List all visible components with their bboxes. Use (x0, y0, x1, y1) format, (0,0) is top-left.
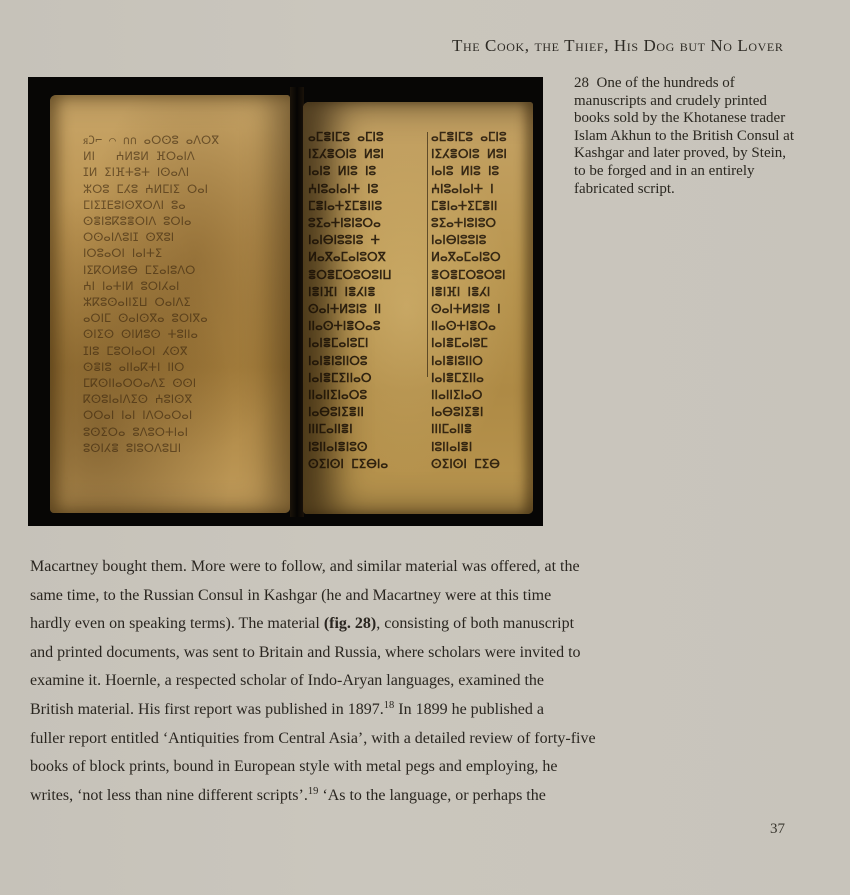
footnote-19: 19 (308, 786, 319, 797)
body-line: books of block prints, bound in European… (30, 753, 543, 782)
body-line: fuller report entitled ‘Antiquities from… (30, 725, 543, 754)
page-number: 37 (770, 821, 785, 838)
body-line: and printed documents, was sent to Brita… (30, 639, 543, 668)
body-line: examine it. Hoernle, a respected scholar… (30, 667, 543, 696)
running-head: The Cook, the Thief, His Dog but No Love… (452, 36, 783, 56)
book-gutter (290, 87, 304, 517)
body-line: hardly even on speaking terms). The mate… (30, 610, 543, 639)
body-line: same time, to the Russian Consul in Kash… (30, 582, 543, 611)
body-line: writes, ‘not less than nine different sc… (30, 782, 543, 811)
fabricated-script-left: ᴙϽ⌐ ⌒ ∩∩ ⴰⵔⵙⵓ ⴰⴷⵔⴳ ⵍⵏ ⵄⵍⵓⵍ ⴼⵔⴰⵏⴷ ⵊⵍ ⵉⵏⴼⵜ… (83, 132, 283, 462)
fabricated-script-right-col1: ⴰⵎⴻⵏⵎⵓ ⴰⵎⵏⵓ ⵏⵉⵃⴻⵔⵏⵓ ⵍⵓⵏ ⵏⴰⵏⵓ ⵍⵏⵓ ⵏⵓ ⵄⵏⵓⴰ… (308, 129, 426, 479)
book-page: The Cook, the Thief, His Dog but No Love… (0, 0, 850, 895)
column-rule (427, 132, 428, 377)
body-paragraph: Macartney bought them. More were to foll… (30, 553, 543, 810)
figure-28-photo: ᴙϽ⌐ ⌒ ∩∩ ⴰⵔⵙⵓ ⴰⴷⵔⴳ ⵍⵏ ⵄⵍⵓⵍ ⴼⵔⴰⵏⴷ ⵊⵍ ⵉⵏⴼⵜ… (28, 77, 543, 526)
footnote-18: 18 (384, 700, 395, 711)
body-line: British material. His first report was p… (30, 696, 543, 725)
figure-reference: (fig. 28) (324, 615, 376, 632)
caption-number: 28 (574, 75, 589, 91)
body-line: Macartney bought them. More were to foll… (30, 553, 543, 582)
caption-text: One of the hundreds of manuscripts and c… (574, 75, 794, 197)
fabricated-script-right-col2: ⴰⵎⴻⵏⵎⵓ ⴰⵎⵏⵓ ⵏⵉⵃⴻⵔⵏⵓ ⵍⵓⵏ ⵏⴰⵏⵓ ⵍⵏⵓ ⵏⵓ ⵄⵏⵓⴰ… (431, 129, 526, 479)
figure-caption: 28 One of the hundreds of manuscripts an… (574, 75, 799, 198)
